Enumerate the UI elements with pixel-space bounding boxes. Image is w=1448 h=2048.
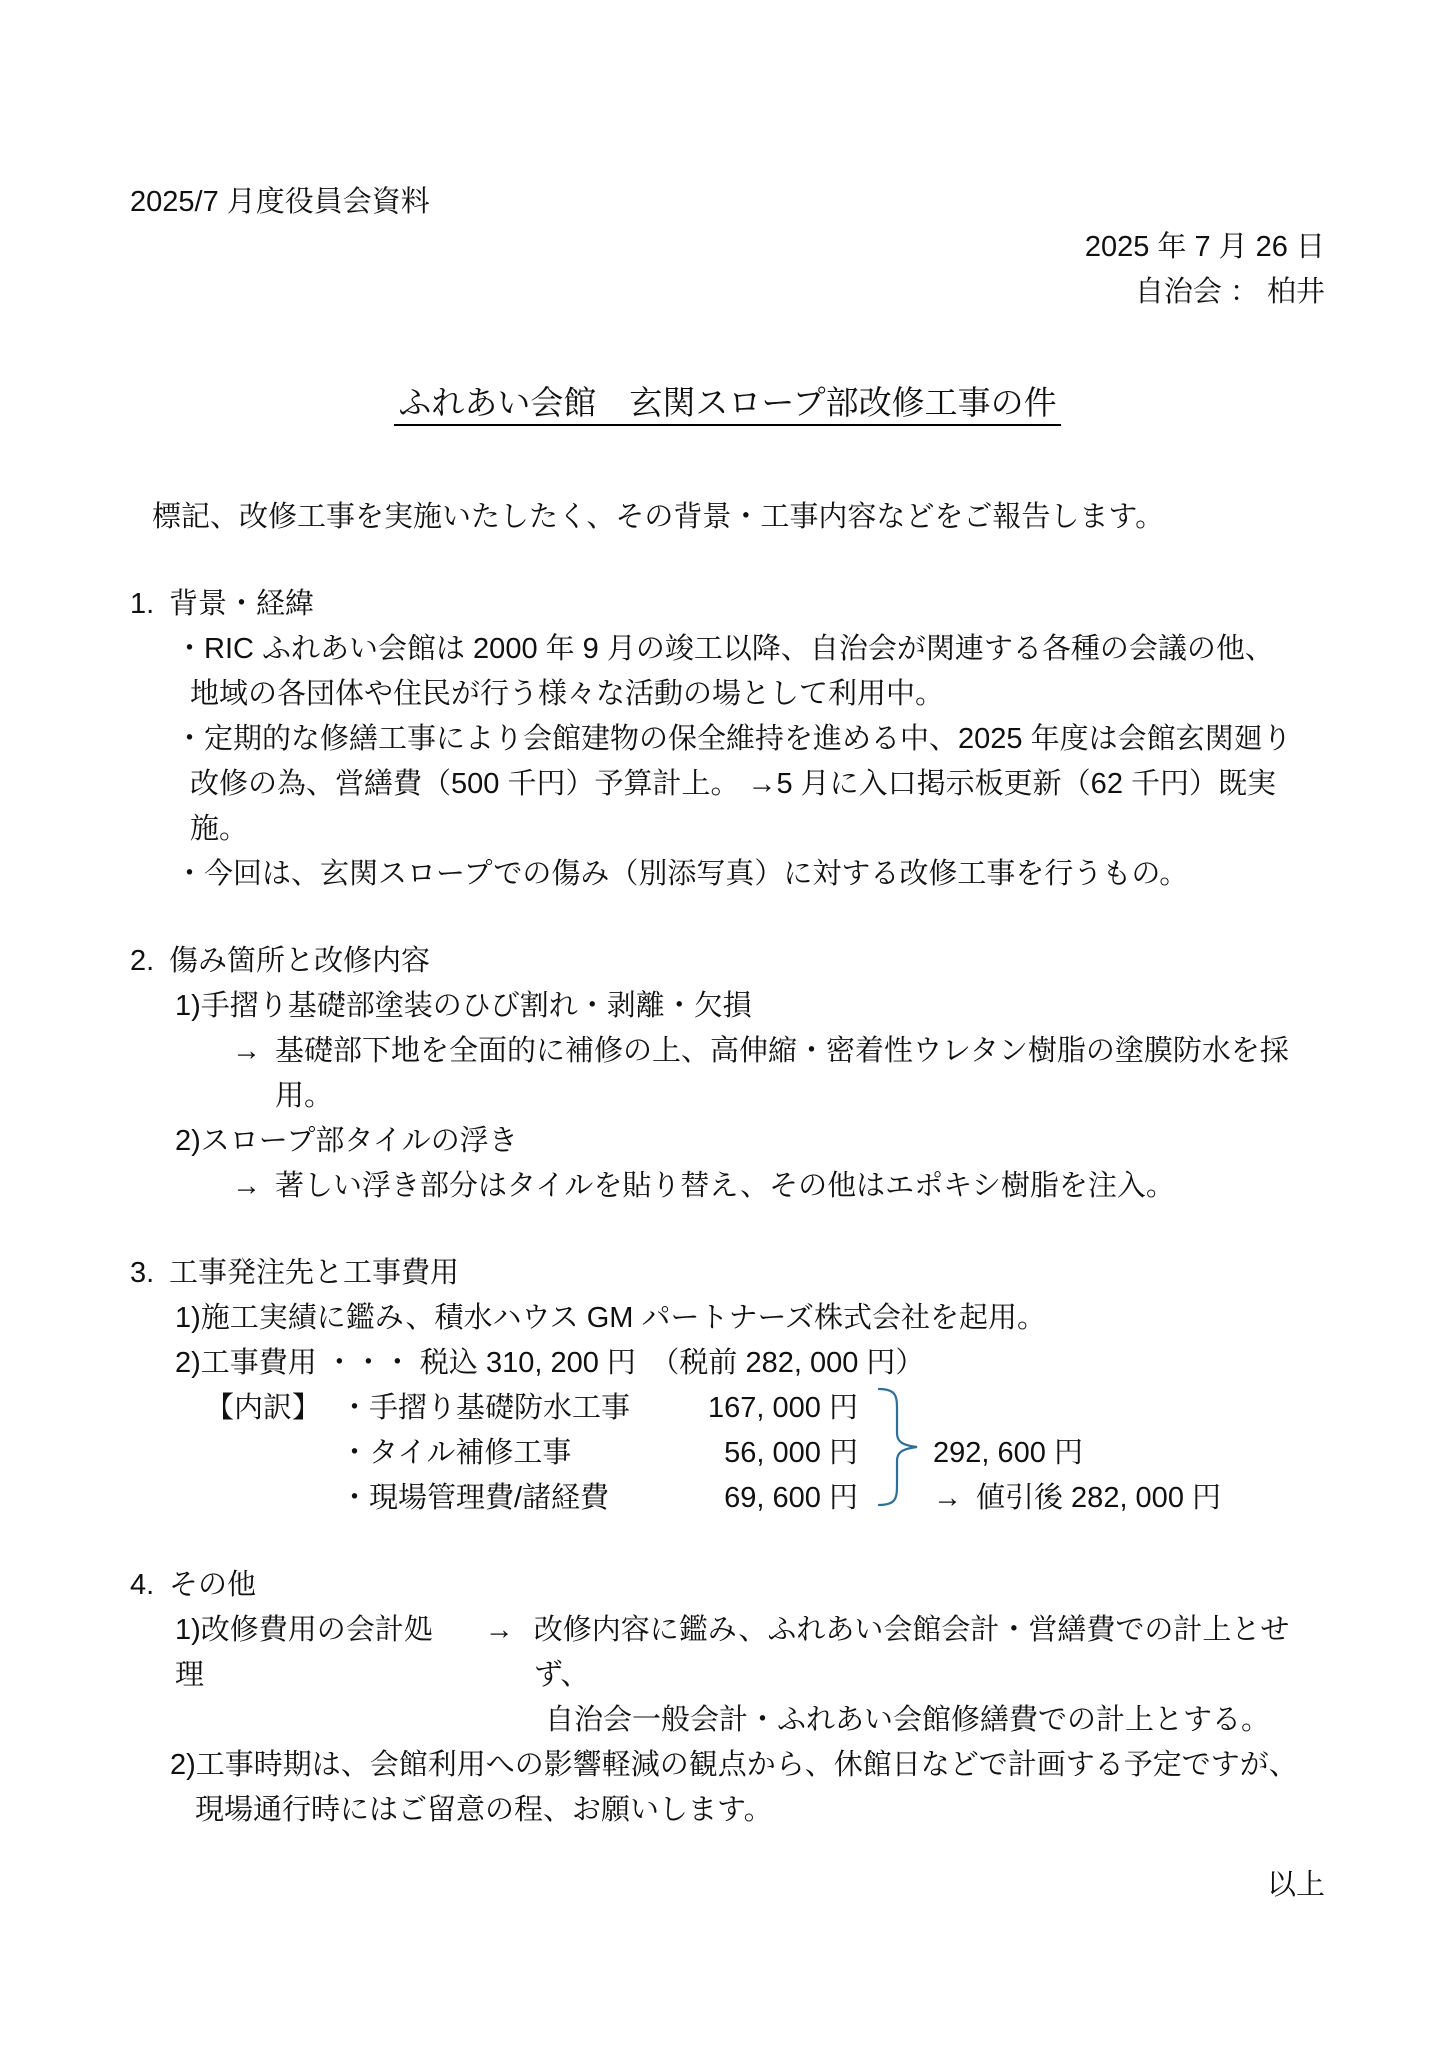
breakdown-discount-line: → 値引後 282, 000 円 [933,1476,1221,1521]
section4-heading: 4. その他 [130,1563,1325,1608]
section4-item2-line2: 現場通行時にはご留意の程、お願いします。 [130,1788,1325,1833]
breakdown-label: 【内訳】 [205,1386,321,1431]
document-title: ふれあい会館 玄関スロープ部改修工事の件 [130,377,1325,429]
curly-brace-icon [873,1384,923,1510]
section4-number: 4. [130,1563,169,1608]
section4-item1-line1: 改修内容に鑑み、ふれあい会館会計・営繕費での計上とせず、 [534,1608,1325,1698]
right-arrow-icon: → [232,1164,261,1209]
section2-item1: 1)手摺り基礎部塗装のひび割れ・剥離・欠損 [130,984,1325,1029]
breakdown-row-amount: 56, 000 円 [724,1431,858,1476]
breakdown-row-label: ・現場管理費/諸経費 [340,1476,609,1521]
breakdown-row: ・現場管理費/諸経費 69, 600 円 [130,1476,858,1521]
section3-title: 工事発注先と工事費用 [169,1251,459,1296]
intro-paragraph: 標記、改修工事を実施いたしたく、その背景・工事内容などをご報告します。 [130,495,1325,540]
right-arrow-icon: → [933,1476,962,1521]
discounted-total: 値引後 282, 000 円 [976,1476,1221,1521]
breakdown-row-label: ・タイル補修工事 [340,1431,571,1476]
section2-action2: → 著しい浮き部分はタイルを貼り替え、その他はエポキシ樹脂を注入。 [130,1164,1325,1209]
section2-action1: → 基礎部下地を全面的に補修の上、高伸縮・密着性ウレタン樹脂の塗膜防水を採用。 [130,1029,1325,1119]
section3-heading: 3. 工事発注先と工事費用 [130,1251,1325,1296]
section-damage: 2. 傷み箇所と改修内容 1)手摺り基礎部塗装のひび割れ・剥離・欠損 → 基礎部… [130,939,1325,1209]
section1-bullet1-line2: 地域の各団体や住民が行う様々な活動の場として利用中。 [130,672,1325,717]
document-date: 2025 年 7 月 26 日 [130,225,1325,270]
breakdown-row-amount: 69, 600 円 [724,1476,858,1521]
breakdown-subtotal: 292, 600 円 [933,1431,1083,1476]
breakdown-row: ・タイル補修工事 56, 000 円 [130,1431,858,1476]
section2-heading: 2. 傷み箇所と改修内容 [130,939,1325,984]
section2-item2: 2)スロープ部タイルの浮き [130,1119,1325,1164]
cost-breakdown: 【内訳】 ・手摺り基礎防水工事 167, 000 円 ・タイル補修工事 56, … [130,1386,1325,1521]
section4-title: その他 [169,1563,256,1608]
section1-heading: 1. 背景・経緯 [130,582,1325,627]
section1-number: 1. [130,582,169,627]
section2-action2-text: 著しい浮き部分はタイルを貼り替え、その他はエポキシ樹脂を注入。 [275,1164,1175,1209]
section3-item2: 2)工事費用 ・・・ 税込 310, 200 円 （税前 282, 000 円） [130,1341,1325,1386]
right-arrow-icon: → [485,1608,514,1698]
issuer-line: 自治会 ： 柏井 [130,270,1325,315]
section4-item1-label: 1)改修費用の会計処理 [175,1608,455,1698]
section1-title: 背景・経緯 [169,582,314,627]
section4-item1-line2: 自治会一般会計・ふれあい会館修繕費での計上とする。 [130,1698,1325,1743]
closing-ijou: 以上 [130,1863,1325,1908]
document-page: 2025/7 月度役員会資料 2025 年 7 月 26 日 自治会 ： 柏井 … [0,0,1448,2048]
section-contractor-cost: 3. 工事発注先と工事費用 1)施工実績に鑑み、積水ハウス GM パートナーズ株… [130,1251,1325,1521]
document-title-text: ふれあい会館 玄関スロープ部改修工事の件 [394,384,1060,426]
section-other: 4. その他 1)改修費用の会計処理 → 改修内容に鑑み、ふれあい会館会計・営繕… [130,1563,1325,1833]
section4-item1: 1)改修費用の会計処理 → 改修内容に鑑み、ふれあい会館会計・営繕費での計上とせ… [130,1608,1325,1698]
section3-item1: 1)施工実績に鑑み、積水ハウス GM パートナーズ株式会社を起用。 [130,1296,1325,1341]
section1-bullet1-line1: ・RIC ふれあい会館は 2000 年 9 月の竣工以降、自治会が関連する各種の… [130,627,1325,672]
section1-bullet2-line1: ・定期的な修繕工事により会館建物の保全維持を進める中、2025 年度は会館玄関廻… [130,717,1325,762]
breakdown-row-label: ・手摺り基礎防水工事 [340,1386,630,1431]
right-arrow-icon: → [232,1029,261,1119]
section4-item2-line1: 2)工事時期は、会館利用への影響軽減の観点から、休館日などで計画する予定ですが、 [130,1743,1325,1788]
section2-action1-text: 基礎部下地を全面的に補修の上、高伸縮・密着性ウレタン樹脂の塗膜防水を採用。 [275,1029,1325,1119]
section2-title: 傷み箇所と改修内容 [169,939,430,984]
section1-bullet2-line2: 改修の為、営繕費（500 千円）予算計上。 →5 月に入口掲示板更新（62 千円… [130,762,1325,852]
section1-bullet3-line1: ・今回は、玄関スロープでの傷み（別添写真）に対する改修工事を行うもの。 [130,852,1325,897]
breakdown-row-amount: 167, 000 円 [708,1386,858,1431]
section2-number: 2. [130,939,169,984]
meta-header: 2025/7 月度役員会資料 [130,180,1325,225]
section3-number: 3. [130,1251,169,1296]
section-background: 1. 背景・経緯 ・RIC ふれあい会館は 2000 年 9 月の竣工以降、自治… [130,582,1325,897]
